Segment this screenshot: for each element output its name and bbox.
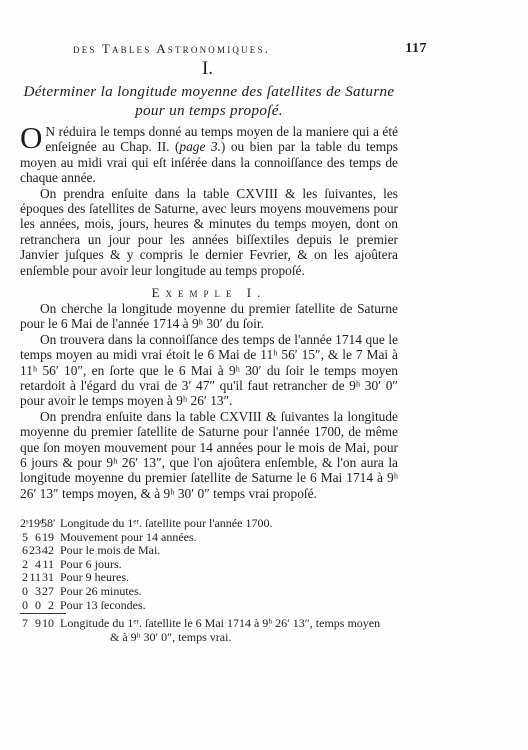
paragraph-1: ON réduira le temps donné au temps moyen… bbox=[20, 124, 398, 278]
calc-row: 5619Mouvement pour 14 années. bbox=[20, 531, 420, 545]
section-number: I. bbox=[20, 58, 395, 80]
example-body: On cherche la longitude moyenne du premi… bbox=[20, 301, 398, 501]
calc-row: 0327Pour 26 minutes. bbox=[20, 585, 420, 599]
example-paragraph-1: On cherche la longitude moyenne du premi… bbox=[20, 301, 398, 332]
section-title-line1: Déterminer la longitude moyenne des ſate… bbox=[20, 82, 398, 101]
example-paragraph-2: On trouvera dans la connoiſſance des tem… bbox=[20, 332, 398, 409]
section-title-line2: pour un temps propoſé. bbox=[20, 101, 398, 120]
calc-row: 002Pour 13 ſecondes. bbox=[20, 599, 420, 613]
calc-row: 21131Pour 9 heures. bbox=[20, 571, 420, 585]
example-heading: Exemple I. bbox=[20, 285, 398, 301]
calc-total-continuation: & à 9ʰ 30′ 0″, temps vrai. bbox=[20, 631, 420, 645]
page-reference: page 3. bbox=[179, 139, 221, 154]
calc-row: 2411Pour 6 jours. bbox=[20, 558, 420, 572]
section-title: Déterminer la longitude moyenne des ſate… bbox=[20, 82, 398, 120]
example-paragraph-3: On prendra enſuite dans la table CXVIII … bbox=[20, 409, 398, 501]
calc-row: 62342Pour le mois de Mai. bbox=[20, 544, 420, 558]
paragraph-2: On prendra enſuite dans la table CXVIII … bbox=[20, 186, 398, 278]
calc-row: 2ˢ19ᵈ58′Longitude du 1ᵉʳ. ſatellite pour… bbox=[20, 517, 420, 531]
calc-total-row: 7910Longitude du 1ᵉʳ. ſatellite le 6 Mai… bbox=[20, 617, 420, 631]
page-number: 117 bbox=[405, 41, 427, 57]
drop-cap: O bbox=[20, 125, 42, 151]
running-head-title: des Tables Astronomiques. bbox=[73, 41, 270, 56]
calculation-table: 2ˢ19ᵈ58′Longitude du 1ᵉʳ. ſatellite pour… bbox=[20, 517, 420, 644]
running-head: des Tables Astronomiques. 117 bbox=[73, 41, 413, 57]
sum-rule bbox=[20, 613, 66, 614]
